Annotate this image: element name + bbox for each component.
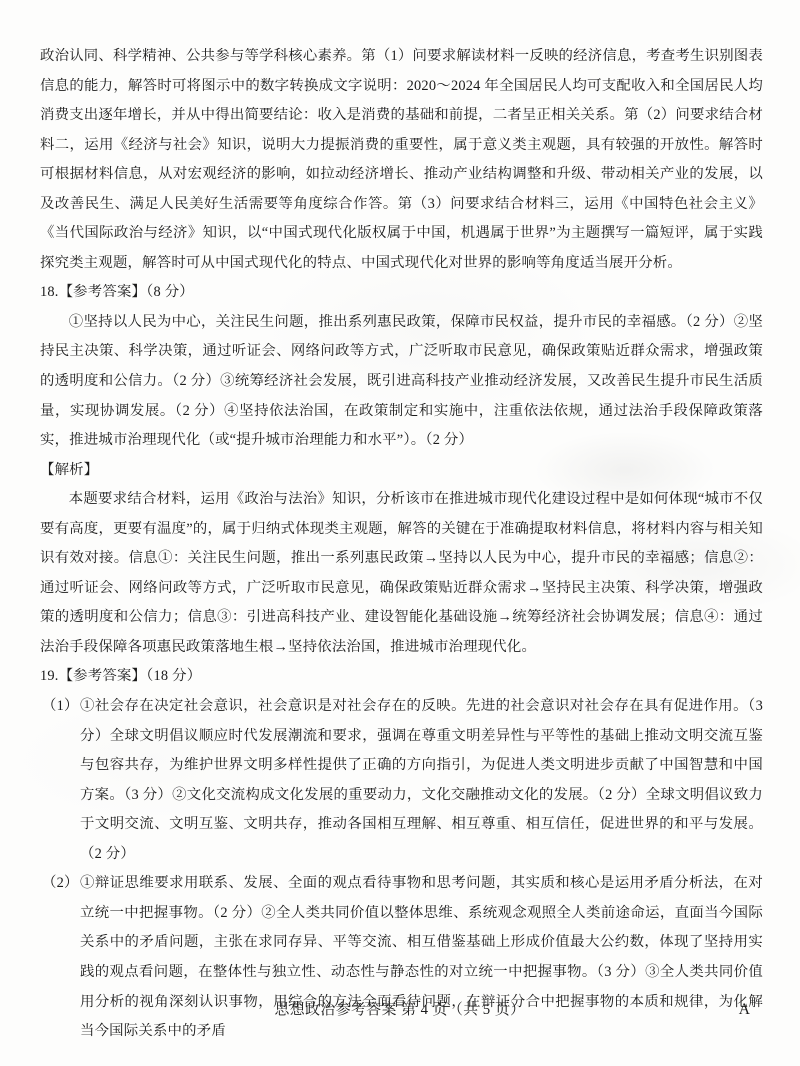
q18-analysis-label: 【解析】 xyxy=(40,456,763,486)
q19-item-2-number: （2） xyxy=(42,869,79,899)
q17-analysis-continuation-paragraph: 政治认同、科学精神、公共参与等学科核心素养。第（1）问要求解读材料一反映的经济信… xyxy=(40,42,763,278)
q18-answer-paragraph: ①坚持以人民为中心，关注民生问题，推出系列惠民政策，保障市民权益，提升市民的幸福… xyxy=(40,308,763,456)
q19-item-1-number: （1） xyxy=(42,692,79,722)
q18-answer-heading: 18.【参考答案】（8 分） xyxy=(40,278,763,308)
q18-analysis-paragraph: 本题要求结合材料，运用《政治与法治》知识，分析该市在推进城市现代化建设过程中是如… xyxy=(40,485,763,662)
footer-page-caption: 思想政治参考答案 第 4 页（共 5 页） xyxy=(0,995,800,1025)
q19-item-1: （1） ①社会存在决定社会意识，社会意识是对社会存在的反映。先进的社会意识对社会… xyxy=(40,692,763,869)
document-body: 政治认同、科学精神、公共参与等学科核心素养。第（1）问要求解读材料一反映的经济信… xyxy=(0,0,800,1047)
footer-version-letter: A xyxy=(739,995,750,1025)
scanned-answer-page: { "page": { "footer": { "center": "思想政治参… xyxy=(0,0,800,1066)
q19-answer-heading: 19.【参考答案】（18 分） xyxy=(40,662,763,692)
q19-item-1-text: ①社会存在决定社会意识，社会意识是对社会存在的反映。先进的社会意识对社会存在具有… xyxy=(80,692,763,869)
page-footer: 思想政治参考答案 第 4 页（共 5 页） A xyxy=(0,995,800,1025)
